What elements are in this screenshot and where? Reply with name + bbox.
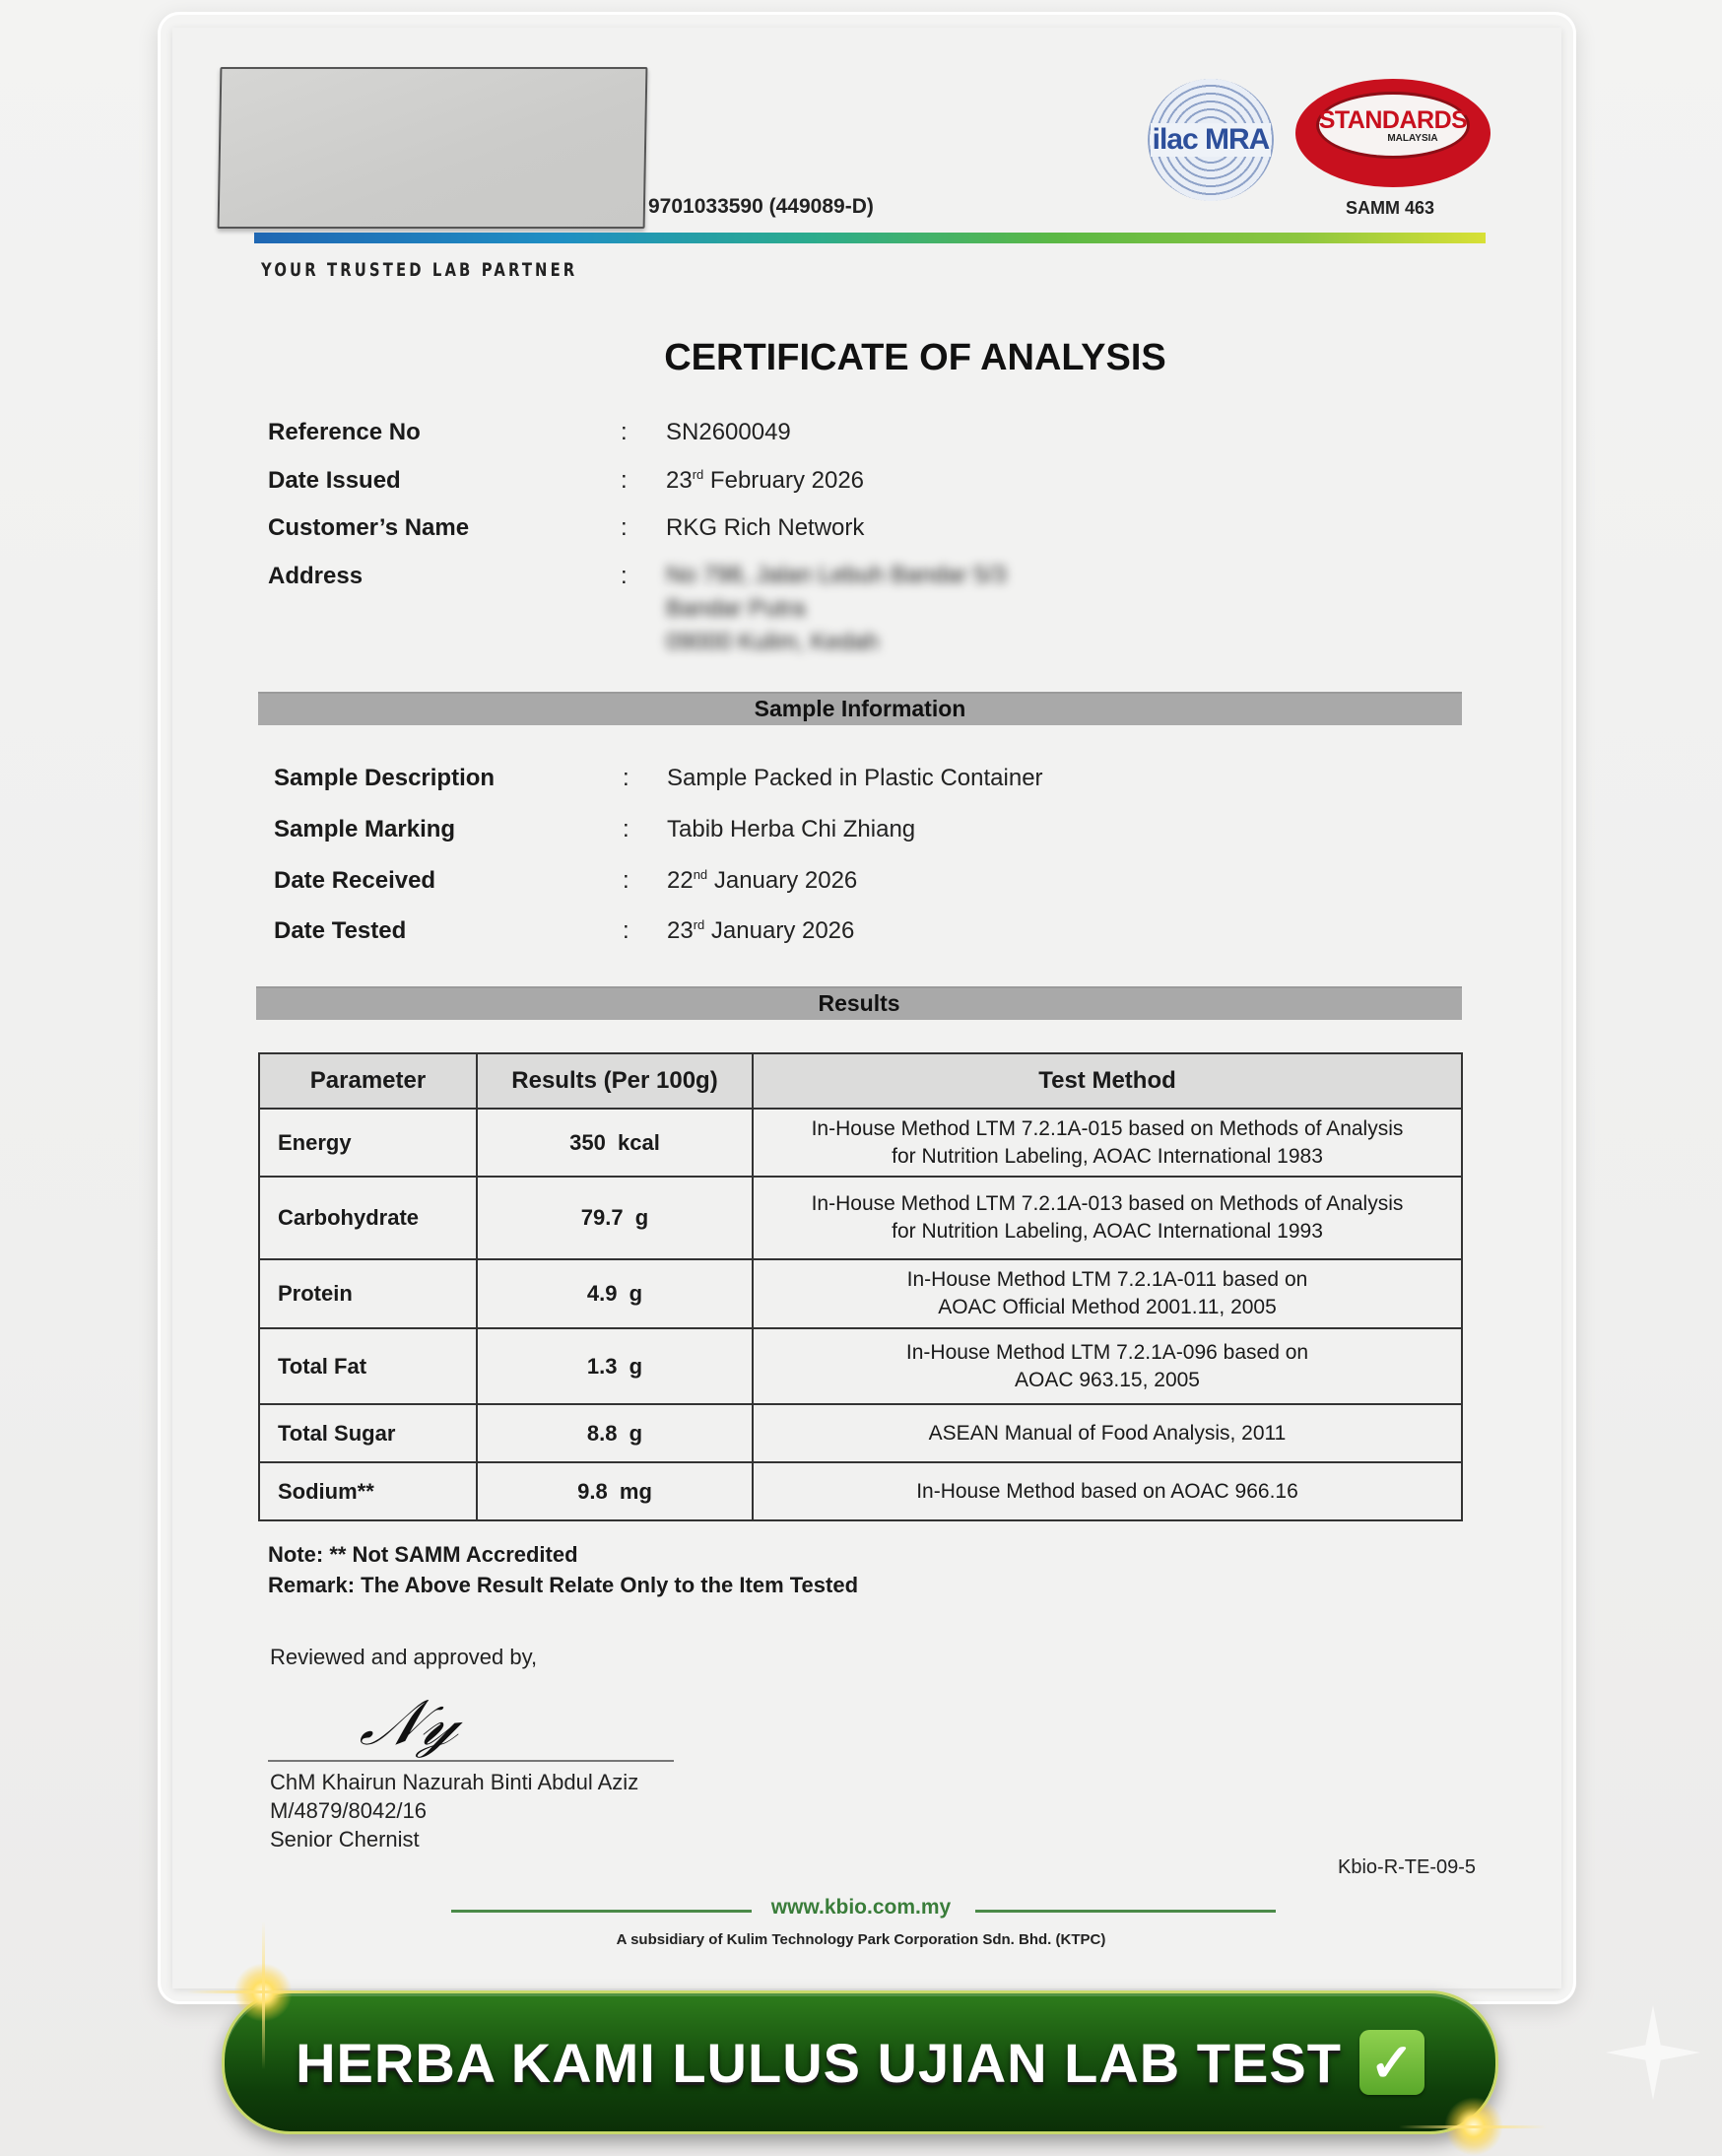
table-row: Total Fat1.3 gIn-House Method LTM 7.2.1A… <box>259 1328 1462 1404</box>
table-row: Energy350 kcalIn-House Method LTM 7.2.1A… <box>259 1109 1462 1177</box>
table-row: Sodium**9.8 mgIn-House Method based on A… <box>259 1462 1462 1520</box>
document-code: Kbio-R-TE-09-5 <box>1338 1856 1476 1879</box>
signature-line <box>268 1760 674 1762</box>
sparkle-ray-icon <box>1399 2125 1547 2128</box>
cell-method: In-House Method LTM 7.2.1A-096 based onA… <box>753 1328 1462 1404</box>
column-header-results: Results (Per 100g) <box>477 1053 753 1109</box>
website-link[interactable]: www.kbio.com.my <box>0 1896 1722 1920</box>
remark-text: Remark: The Above Result Relate Only to … <box>268 1573 858 1598</box>
results-header: Results <box>256 986 1462 1020</box>
approval-heading: Reviewed and approved by, <box>270 1645 537 1670</box>
subsidiary-text: A subsidiary of Kulim Technology Park Co… <box>0 1931 1722 1948</box>
cell-result: 350 kcal <box>477 1109 753 1177</box>
cell-result: 1.3 g <box>477 1328 753 1404</box>
column-header-method: Test Method <box>753 1053 1462 1109</box>
results-table: Parameter Results (Per 100g) Test Method… <box>258 1052 1463 1521</box>
cell-parameter: Sodium** <box>259 1462 477 1520</box>
decorative-star-icon <box>1606 2005 1700 2100</box>
note-text: Note: ** Not SAMM Accredited <box>268 1542 578 1568</box>
samm-accreditation-number: SAMM 463 <box>1346 198 1434 219</box>
table-header-row: Parameter Results (Per 100g) Test Method <box>259 1053 1462 1109</box>
cell-result: 9.8 mg <box>477 1462 753 1520</box>
signature: 𝒩𝓎 <box>355 1687 467 1760</box>
ilac-mra-logo: ilac MRA <box>1148 79 1274 201</box>
sample-information-header: Sample Information <box>258 692 1462 725</box>
sparkle-ray-icon <box>262 1921 265 2069</box>
header-gradient-bar <box>254 233 1486 243</box>
cell-parameter: Energy <box>259 1109 477 1177</box>
address-blurred: No 798, Jalan Lebuh Bandar 5/3 Bandar Pu… <box>666 559 1007 659</box>
banner-text: HERBA KAMI LULUS UJIAN LAB TEST <box>296 2031 1342 2095</box>
cell-parameter: Total Fat <box>259 1328 477 1404</box>
table-row: Carbohydrate79.7 gIn-House Method LTM 7.… <box>259 1177 1462 1259</box>
approver-registration: M/4879/8042/16 <box>270 1798 427 1824</box>
info-label: Reference No <box>268 419 421 446</box>
document-title: CERTIFICATE OF ANALYSIS <box>0 337 1722 379</box>
company-logo-placeholder <box>218 67 648 229</box>
cell-method: In-House Method based on AOAC 966.16 <box>753 1462 1462 1520</box>
column-header-parameter: Parameter <box>259 1053 477 1109</box>
info-value: RKG Rich Network <box>666 514 864 542</box>
cell-parameter: Total Sugar <box>259 1404 477 1462</box>
cell-parameter: Protein <box>259 1259 477 1328</box>
info-value: SN2600049 <box>666 419 791 446</box>
cell-method: In-House Method LTM 7.2.1A-011 based onA… <box>753 1259 1462 1328</box>
cell-method: In-House Method LTM 7.2.1A-013 based on … <box>753 1177 1462 1259</box>
cell-method: In-House Method LTM 7.2.1A-015 based on … <box>753 1109 1462 1177</box>
table-row: Total Sugar8.8 gASEAN Manual of Food Ana… <box>259 1404 1462 1462</box>
cell-result: 4.9 g <box>477 1259 753 1328</box>
approver-name: ChM Khairun Nazurah Binti Abdul Aziz <box>270 1770 638 1795</box>
sparkle-ray-icon <box>187 1990 335 1993</box>
registration-number: 9701033590 (449089-D) <box>648 195 874 219</box>
cell-result: 8.8 g <box>477 1404 753 1462</box>
cell-parameter: Carbohydrate <box>259 1177 477 1259</box>
info-value: 23rd February 2026 <box>666 467 864 495</box>
lab-test-banner: HERBA KAMI LULUS UJIAN LAB TEST ✓ <box>222 1990 1498 2134</box>
approver-position: Senior Chernist <box>270 1827 420 1853</box>
check-icon: ✓ <box>1359 2030 1424 2095</box>
table-row: Protein4.9 gIn-House Method LTM 7.2.1A-0… <box>259 1259 1462 1328</box>
cell-result: 79.7 g <box>477 1177 753 1259</box>
tagline: YOUR TRUSTED LAB PARTNER <box>261 259 577 281</box>
cell-method: ASEAN Manual of Food Analysis, 2011 <box>753 1404 1462 1462</box>
standards-malaysia-logo: STANDARDS MALAYSIA <box>1295 79 1490 187</box>
